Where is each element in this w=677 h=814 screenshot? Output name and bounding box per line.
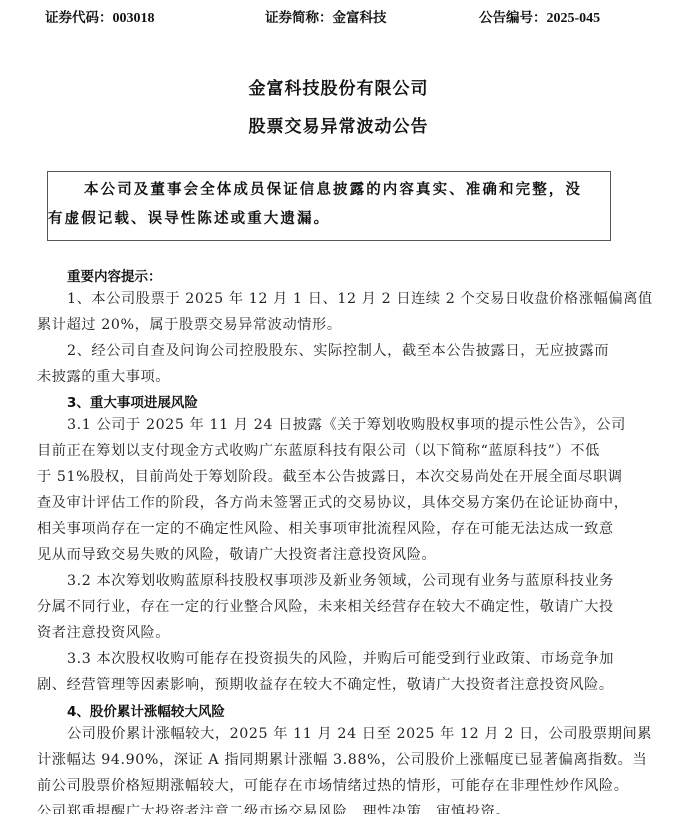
section-3-heading: 3、重大事项进展风险 — [67, 391, 198, 411]
paragraph-line: 1、本公司股票于 2025 年 12 月 1 日、12 月 2 日连续 2 个交… — [67, 288, 653, 308]
paragraph-line: 相关事项尚存在一定的不确定性风险、相关事项审批流程风险，存在可能无法达成一致意 — [37, 518, 614, 538]
key-points-heading: 重要内容提示： — [67, 265, 162, 285]
company-title: 金富科技股份有限公司 — [0, 74, 677, 99]
section-4-heading: 4、股价累计涨幅较大风险 — [67, 700, 225, 720]
paragraph-line: 剧、经营管理等因素影响，预期收益存在较大不确定性，敬请广大投资者注意投资风险。 — [37, 674, 614, 694]
paragraph-line: 2、经公司自查及问询公司控股股东、实际控制人，截至本公告披露日，无应披露而 — [67, 340, 609, 360]
paragraph-line: 3.3 本次股权收购可能存在投资损失的风险，并购后可能受到行业政策、市场竞争加 — [67, 648, 614, 668]
security-short-name: 证券简称：金富科技 — [265, 6, 387, 26]
paragraph-line: 3.1 公司于 2025 年 11 月 24 日披露《关于筹划收购股权事项的提示… — [67, 414, 626, 434]
paragraph-line: 于 51%股权，目前尚处于筹划阶段。截至本公告披露日，本次交易尚处在开展全面尽职… — [37, 466, 623, 486]
paragraph-line: 计涨幅达 94.90%，深证 A 指同期累计涨幅 3.88%，公司股价上涨幅度已… — [37, 749, 647, 769]
paragraph-line: 未披露的重大事项。 — [37, 366, 170, 386]
paragraph-line: 目前正在筹划以支付现金方式收购广东蓝原科技有限公司（以下简称“蓝原科技”）不低 — [37, 440, 600, 460]
paragraph-line: 查及审计评估工作的阶段，各方尚未签署正式的交易协议，具体交易方案仍在论证协商中， — [37, 492, 629, 512]
security-code-value: 003018 — [113, 11, 155, 26]
paragraph-line: 3.2 本次筹划收购蓝原科技股权事项涉及新业务领域，公司现有业务与蓝原科技业务 — [67, 570, 614, 590]
paragraph-line: 前公司股票价格短期涨幅较大，可能存在市场情绪过热的情形，可能存在非理性炒作风险。 — [37, 775, 629, 795]
paragraph-line: 资者注意投资风险。 — [37, 622, 170, 642]
document-title: 股票交易异常波动公告 — [0, 112, 677, 137]
paragraph-line: 分属不同行业，存在一定的行业整合风险，未来相关经营存在较大不确定性，敬请广大投 — [37, 596, 614, 616]
security-code-label: 证券代码： — [45, 10, 113, 26]
disclaimer-line-2: 有虚假记载、误导性陈述或重大遗漏。 — [48, 204, 608, 233]
paragraph-line: 公司郑重提醒广大投资者注意二级市场交易风险，理性决策，审慎投资。 — [37, 801, 510, 814]
security-code: 证券代码：003018 — [45, 6, 155, 27]
paragraph-line: 见从而导致交易失败的风险，敬请广大投资者注意投资风险。 — [37, 544, 436, 564]
document-header: 证券代码：003018 证券简称：金富科技 公告编号：2025-045 — [0, 6, 677, 28]
security-short-name-value: 金富科技 — [333, 10, 387, 26]
security-short-name-label: 证券简称： — [265, 10, 333, 26]
disclaimer-box: 本公司及董事会全体成员保证信息披露的内容真实、准确和完整，没 有虚假记载、误导性… — [47, 171, 611, 241]
notice-number-value: 2025-045 — [547, 11, 601, 26]
notice-number-label: 公告编号： — [479, 10, 547, 26]
disclaimer-line-1: 本公司及董事会全体成员保证信息披露的内容真实、准确和完整，没 — [54, 175, 614, 204]
paragraph-line: 公司股价累计涨幅较大，2025 年 11 月 24 日至 2025 年 12 月… — [67, 723, 652, 743]
notice-number: 公告编号：2025-045 — [479, 6, 600, 27]
paragraph-line: 累计超过 20%，属于股票交易异常波动情形。 — [37, 314, 342, 334]
